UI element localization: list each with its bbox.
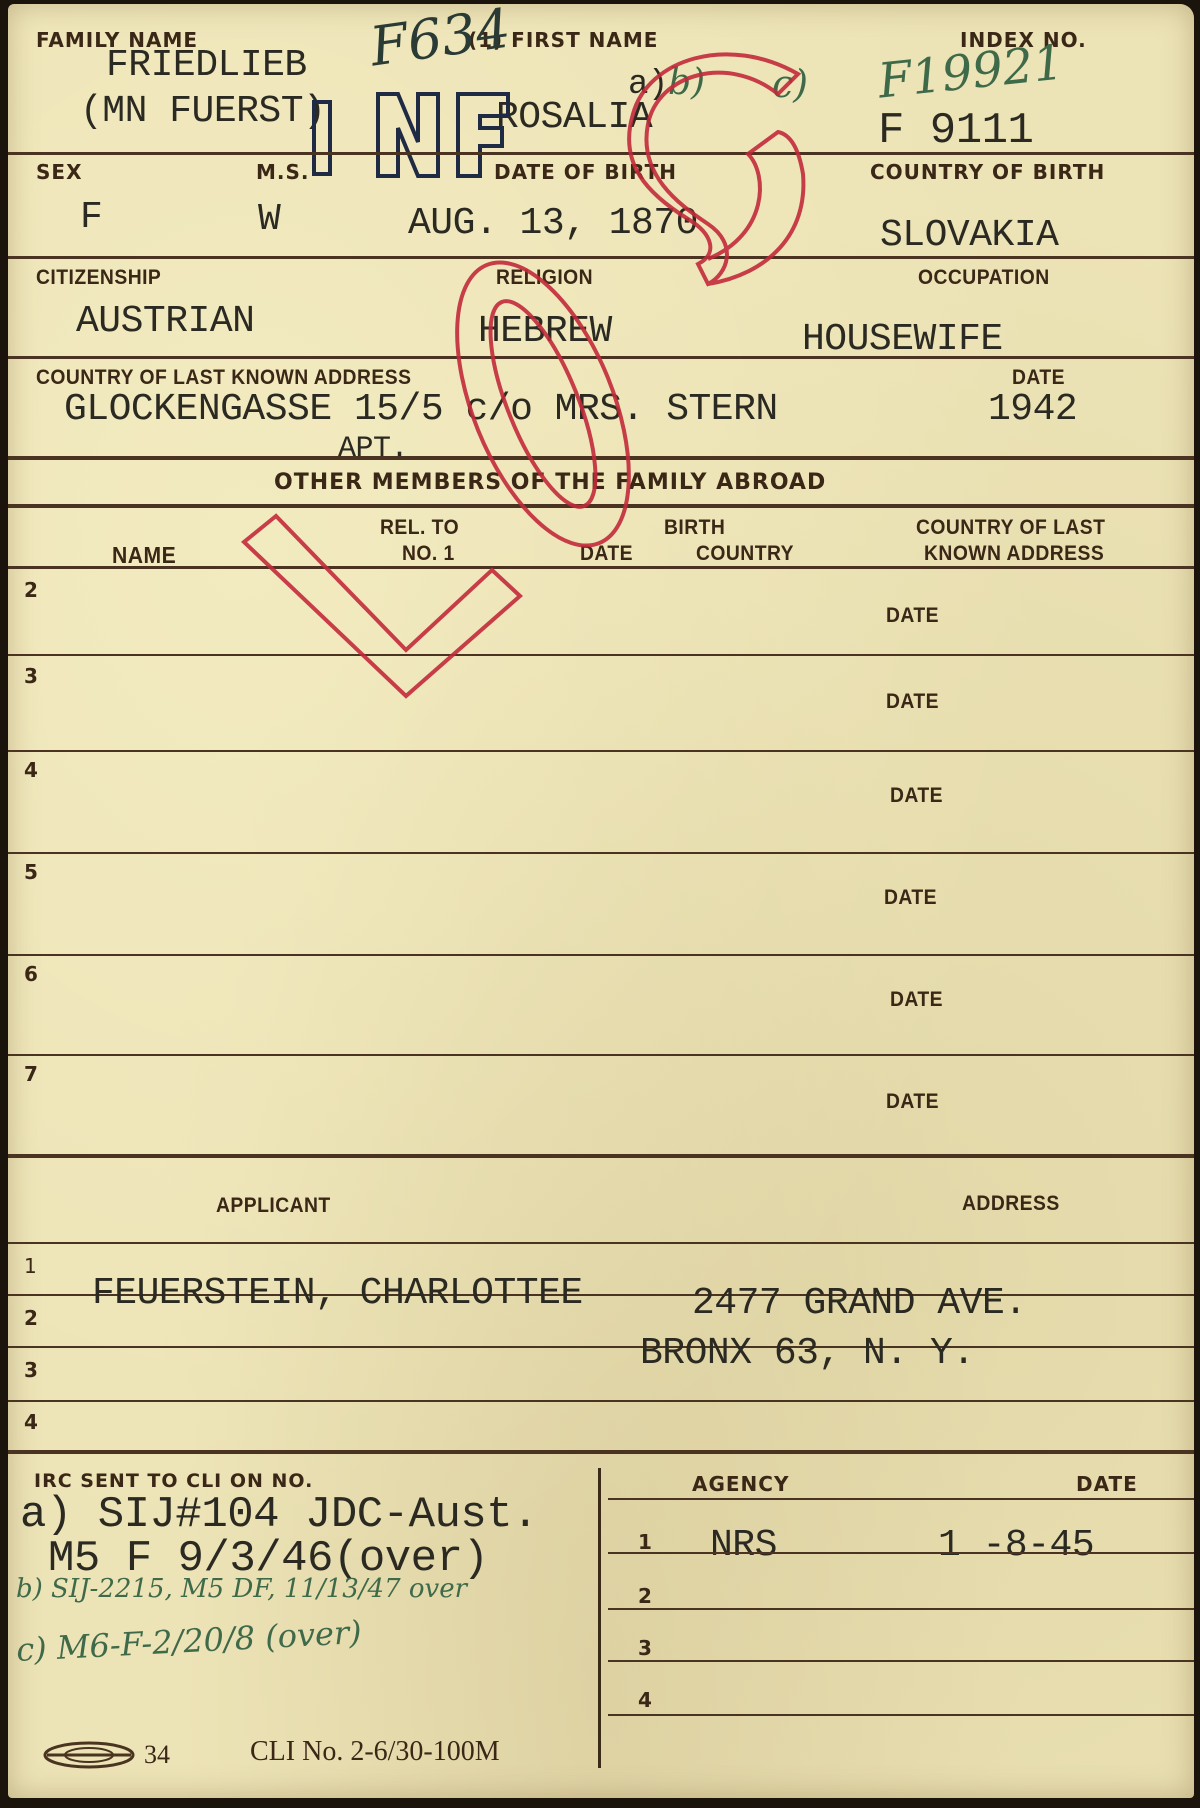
row-number: 1 (24, 1254, 37, 1278)
occupation-label: OCCUPATION (918, 266, 1050, 290)
divider (608, 1608, 1194, 1610)
divider (8, 1346, 1194, 1348)
union-label-icon (42, 1740, 136, 1770)
applicant-address-line2: BRONX 63, N. Y. (640, 1332, 975, 1375)
country-of-birth-value: SLOVAKIA (880, 214, 1058, 257)
citizenship-value: AUSTRIAN (76, 300, 254, 343)
row-date-label: DATE (884, 886, 937, 910)
col-birth: BIRTH (664, 516, 725, 540)
sex-value: F (80, 196, 102, 239)
religion-value: HEBREW (478, 310, 612, 353)
row-number: 6 (24, 962, 38, 986)
row-number: 2 (638, 1584, 652, 1608)
row-number: 3 (638, 1636, 652, 1660)
divider (8, 152, 1194, 155)
religion-label: RELIGION (496, 266, 593, 290)
divider (8, 1154, 1194, 1158)
annotation-c: c) (772, 62, 808, 106)
date-of-birth-label: DATE OF BIRTH (494, 160, 677, 184)
applicant-name: FEUERSTEIN, CHARLOTTEE (92, 1272, 583, 1315)
divider (8, 954, 1194, 956)
divider (608, 1660, 1194, 1662)
row-number: 1 (638, 1530, 652, 1554)
index-card: FAMILY NAME FRIEDLIEB (MN FUERST) (1) FI… (8, 4, 1194, 1798)
row-number: 4 (24, 758, 38, 782)
annotation-a: a) (628, 66, 668, 104)
col-last-line1: COUNTRY OF LAST (916, 516, 1105, 540)
col-name: NAME (112, 542, 176, 569)
divider (8, 750, 1194, 752)
section-vertical-divider (598, 1468, 601, 1768)
row-number: 7 (24, 1062, 38, 1086)
row-date-label: DATE (890, 988, 943, 1012)
last-address-label: COUNTRY OF LAST KNOWN ADDRESS (36, 366, 411, 390)
last-address-date-value: 1942 (988, 388, 1077, 431)
row-number: 3 (24, 1358, 38, 1382)
row-date-label: DATE (886, 1090, 939, 1114)
family-name-value: FRIEDLIEB (106, 44, 307, 87)
row-number: 2 (24, 578, 38, 602)
divider (608, 1498, 1194, 1500)
agency-value: NRS (710, 1524, 777, 1567)
row-number: 5 (24, 860, 38, 884)
union-label-number: 34 (144, 1740, 170, 1770)
handwritten-file-number: F634 (366, 0, 514, 78)
applicant-address-label: ADDRESS (962, 1192, 1060, 1216)
last-address-date-label: DATE (1012, 366, 1065, 390)
applicant-address-line1: 2477 GRAND AVE. (692, 1282, 1027, 1325)
annotation-b: b) (668, 62, 705, 103)
date-of-birth-value: AUG. 13, 1870 (408, 202, 698, 245)
col-birth-date: DATE (580, 542, 633, 566)
row-number: 2 (24, 1306, 38, 1330)
agency-label: AGENCY (692, 1472, 789, 1496)
marital-status-value: W (258, 198, 280, 241)
marital-status-label: M.S. (256, 160, 310, 184)
form-number: CLI No. 2-6/30-100M (250, 1736, 500, 1768)
divider (8, 1054, 1194, 1056)
index-no-value: F 9111 (878, 106, 1033, 156)
divider (8, 256, 1194, 259)
row-date-label: DATE (886, 604, 939, 628)
irc-label: IRC SENT TO CLI ON NO. (34, 1470, 313, 1492)
divider (8, 1450, 1194, 1454)
agency-date-value: 1 -8-45 (938, 1524, 1094, 1567)
maiden-name-value: (MN FUERST) (80, 90, 325, 133)
agency-date-label: DATE (1076, 1472, 1138, 1496)
divider (608, 1714, 1194, 1716)
row-number: 4 (638, 1688, 652, 1712)
divider (8, 504, 1194, 508)
divider (608, 1552, 1194, 1554)
citizenship-label: CITIZENSHIP (36, 266, 161, 290)
row-date-label: DATE (890, 784, 943, 808)
col-birth-country: COUNTRY (696, 542, 794, 566)
family-abroad-title: OTHER MEMBERS OF THE FAMILY ABROAD (274, 470, 826, 495)
address-insert-apt: APT. (338, 432, 408, 466)
divider (8, 566, 1194, 569)
divider (8, 1242, 1194, 1244)
row-date-label: DATE (886, 690, 939, 714)
divider (8, 1400, 1194, 1402)
divider (8, 456, 1194, 460)
irc-line-a1: a) SIJ#104 JDC-Aust. (20, 1490, 538, 1540)
handwritten-index-number: F19921 (876, 34, 1067, 109)
country-of-birth-label: COUNTRY OF BIRTH (870, 160, 1105, 184)
occupation-value: HOUSEWIFE (802, 318, 1003, 361)
col-rel-line1: REL. TO (380, 516, 459, 540)
row-number: 4 (24, 1410, 38, 1434)
col-rel-line2: NO. 1 (402, 542, 455, 566)
applicant-label: APPLICANT (216, 1194, 331, 1218)
row-number: 3 (24, 664, 38, 688)
divider (8, 852, 1194, 854)
irc-line-b: b) SIJ-2215, M5 DF, 11/13/47 over (16, 1574, 467, 1604)
irc-line-c: c) M6-F-2/20/8 (over) (15, 1613, 362, 1669)
last-address-value: GLOCKENGASSE 15/5 c/o MRS. STERN (64, 388, 778, 431)
col-last-line2: KNOWN ADDRESS (924, 542, 1104, 566)
sex-label: SEX (36, 160, 83, 184)
divider (8, 356, 1194, 359)
divider (8, 654, 1194, 656)
